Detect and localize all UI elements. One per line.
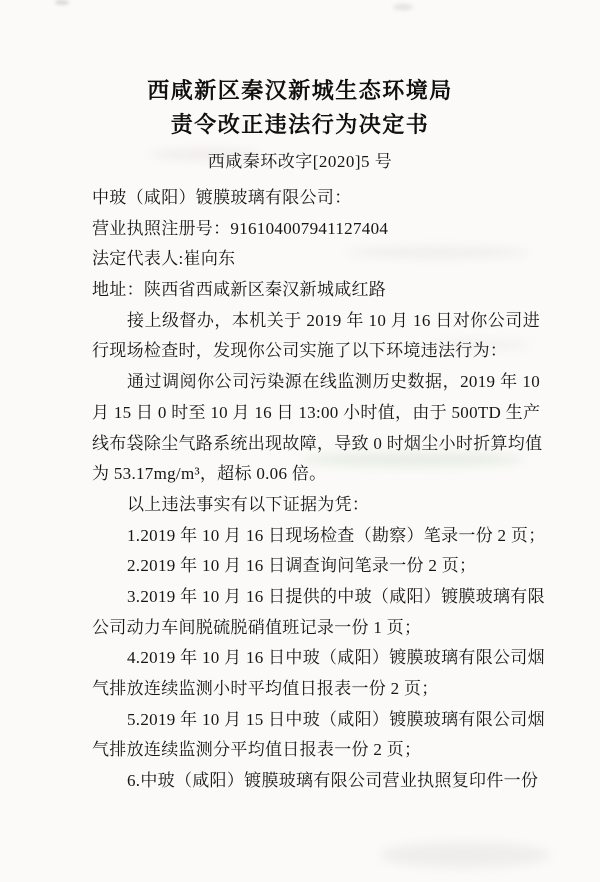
body-line: 6.中玻（咸阳）镀膜玻璃有限公司营业执照复印件一份 [92,766,540,797]
body-line: 3.2019 年 10 月 16 日提供的中玻（咸阳）镀膜玻璃有限 [92,582,540,613]
body-line: 2.2019 年 10 月 16 日调查询问笔录一份 2 页； [92,551,540,582]
body-line: 行现场检查时，发现你公司实施了以下环境违法行为： [92,336,540,367]
document-body: 中玻（咸阳）镀膜玻璃有限公司：营业执照注册号：91610400794112740… [92,183,540,797]
body-line: 气排放连续监测分平均值日报表一份 2 页； [92,735,540,766]
body-line: 中玻（咸阳）镀膜玻璃有限公司： [92,183,540,214]
body-line: 月 15 日 0 时至 10 月 16 日 13:00 小时值，由于 500TD… [92,398,540,429]
body-line: 法定代表人:崔向东 [92,244,540,275]
body-line: 线布袋除尘气路系统出现故障，导致 0 时烟尘小时折算均值 [92,429,540,460]
body-line: 公司动力车间脱硫脱硝值班记录一份 1 页； [92,613,540,644]
body-line: 以上违法事实有以下证据为凭： [92,490,540,521]
body-line: 接上级督办，本机关于 2019 年 10 月 16 日对你公司进 [92,306,540,337]
document-title-line-2: 责令改正违法行为决定书 [0,108,600,139]
body-line: 1.2019 年 10 月 16 日现场检查（勘察）笔录一份 2 页； [92,521,540,552]
body-line: 营业执照注册号：916104007941127404 [92,214,540,245]
scan-artifact [393,4,413,10]
body-line: 为 53.17mg/m³，超标 0.06 倍。 [92,459,540,490]
document-title-line-1: 西咸新区秦汉新城生态环境局 [0,74,600,105]
scan-artifact [55,0,69,5]
scan-artifact [380,842,550,868]
scanned-document-page: 西咸新区秦汉新城生态环境局 责令改正违法行为决定书 西咸秦环改字[2020]5 … [0,0,600,882]
body-line: 气排放连续监测小时平均值日报表一份 2 页； [92,674,540,705]
body-line: 4.2019 年 10 月 16 日中玻（咸阳）镀膜玻璃有限公司烟 [92,643,540,674]
body-line: 通过调阅你公司污染源在线监测历史数据，2019 年 10 [92,367,540,398]
document-number: 西咸秦环改字[2020]5 号 [0,147,600,172]
body-line: 地址：陕西省西咸新区秦汉新城咸红路 [92,275,540,306]
body-line: 5.2019 年 10 月 15 日中玻（咸阳）镀膜玻璃有限公司烟 [92,705,540,736]
